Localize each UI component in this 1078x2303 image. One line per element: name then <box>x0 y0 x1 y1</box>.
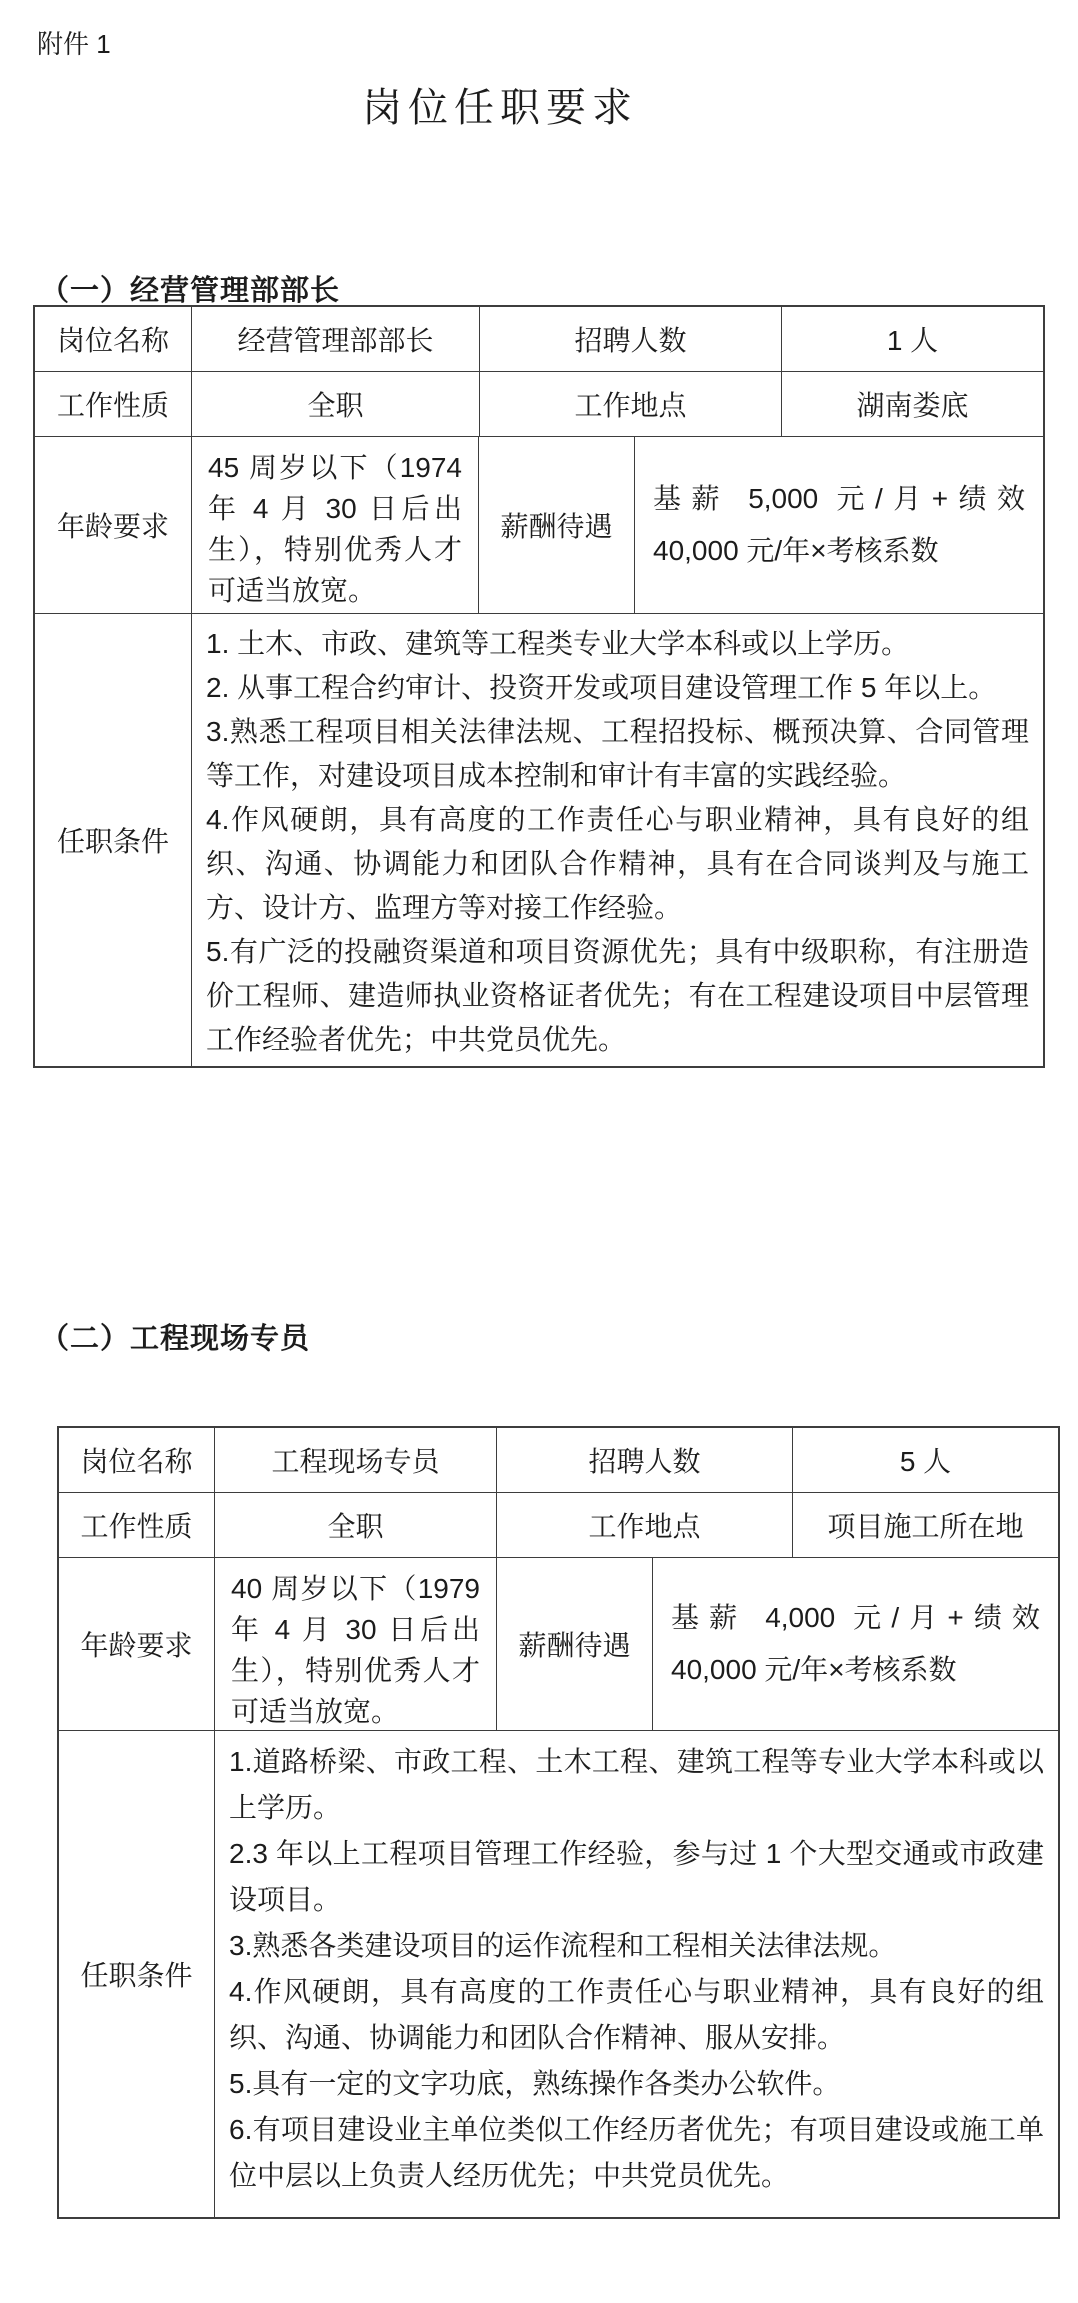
salary-line-1: 基薪 4,000 元/月+绩效 <box>671 1592 1040 1644</box>
condition-item: 3.熟悉工程项目相关法律法规、工程招投标、概预决算、合同管理等工作，对建设项目成… <box>206 710 1029 798</box>
condition-item: 2.3 年以上工程项目管理工作经验，参与过 1 个大型交通或市政建设项目。 <box>229 1831 1044 1923</box>
salary-line-1: 基薪 5,000 元/月+绩效 <box>653 473 1025 525</box>
conditions-label-cell: 任职条件 <box>35 614 192 1066</box>
conditions-label-cell: 任职条件 <box>59 1731 215 2217</box>
worktype-label-cell: 工作性质 <box>35 372 192 436</box>
salary-line-2: 40,000 元/年×考核系数 <box>653 525 1025 577</box>
condition-item: 1. 土木、市政、建筑等工程类专业大学本科或以上学历。 <box>206 622 1029 666</box>
table-row: 年龄要求 40 周岁以下（1979 年 4 月 30 日后出生），特别优秀人才可… <box>59 1558 1058 1731</box>
salary-value-cell: 基薪 5,000 元/月+绩效 40,000 元/年×考核系数 <box>635 437 1043 613</box>
salary-line-2: 40,000 元/年×考核系数 <box>671 1644 1040 1696</box>
table-position-2: 岗位名称 工程现场专员 招聘人数 5 人 工作性质 全职 工作地点 项目施工所在… <box>57 1426 1060 2219</box>
condition-item: 4.作风硬朗，具有高度的工作责任心与职业精神，具有良好的组织、沟通、协调能力和团… <box>206 798 1029 930</box>
condition-item: 5.具有一定的文字功底，熟练操作各类办公软件。 <box>229 2061 1044 2107</box>
condition-item: 6.有项目建设业主单位类似工作经历者优先；有项目建设或施工单位中层以上负责人经历… <box>229 2107 1044 2199</box>
position-name-label-cell: 岗位名称 <box>35 307 192 371</box>
table-row: 岗位名称 经营管理部部长 招聘人数 1 人 <box>35 307 1043 372</box>
table-row: 任职条件 1. 土木、市政、建筑等工程类专业大学本科或以上学历。 2. 从事工程… <box>35 614 1043 1066</box>
headcount-value-cell: 5 人 <box>793 1428 1058 1492</box>
table-row: 任职条件 1.道路桥梁、市政工程、土木工程、建筑工程等专业大学本科或以上学历。 … <box>59 1731 1058 2217</box>
condition-item: 4.作风硬朗，具有高度的工作责任心与职业精神，具有良好的组织、沟通、协调能力和团… <box>229 1969 1044 2061</box>
position-name-label-cell: 岗位名称 <box>59 1428 215 1492</box>
section-1-heading: （一）经营管理部部长 <box>40 268 340 309</box>
worktype-value-cell: 全职 <box>192 372 480 436</box>
condition-item: 5.有广泛的投融资渠道和项目资源优先；具有中级职称，有注册造价工程师、建造师执业… <box>206 930 1029 1062</box>
table-position-1: 岗位名称 经营管理部部长 招聘人数 1 人 工作性质 全职 工作地点 湖南娄底 … <box>33 305 1045 1068</box>
condition-item: 1.道路桥梁、市政工程、土木工程、建筑工程等专业大学本科或以上学历。 <box>229 1739 1044 1831</box>
section-2-heading: （二）工程现场专员 <box>40 1316 310 1357</box>
location-label-cell: 工作地点 <box>480 372 782 436</box>
position-name-value-cell: 工程现场专员 <box>215 1428 497 1492</box>
age-value-cell: 45 周岁以下（1974 年 4 月 30 日后出生），特别优秀人才可适当放宽。 <box>192 437 479 613</box>
position-name-value-cell: 经营管理部部长 <box>192 307 480 371</box>
salary-label-cell: 薪酬待遇 <box>479 437 635 613</box>
conditions-value-cell: 1. 土木、市政、建筑等工程类专业大学本科或以上学历。 2. 从事工程合约审计、… <box>192 614 1043 1066</box>
table-row: 工作性质 全职 工作地点 项目施工所在地 <box>59 1493 1058 1558</box>
salary-value-cell: 基薪 4,000 元/月+绩效 40,000 元/年×考核系数 <box>653 1558 1058 1730</box>
worktype-label-cell: 工作性质 <box>59 1493 215 1557</box>
condition-item: 2. 从事工程合约审计、投资开发或项目建设管理工作 5 年以上。 <box>206 666 1029 710</box>
age-value-cell: 40 周岁以下（1979 年 4 月 30 日后出生），特别优秀人才可适当放宽。 <box>215 1558 497 1730</box>
headcount-label-cell: 招聘人数 <box>497 1428 793 1492</box>
condition-item: 3.熟悉各类建设项目的运作流程和工程相关法律法规。 <box>229 1923 1044 1969</box>
age-label-cell: 年龄要求 <box>59 1558 215 1730</box>
attachment-label: 附件 1 <box>37 24 111 61</box>
conditions-value-cell: 1.道路桥梁、市政工程、土木工程、建筑工程等专业大学本科或以上学历。 2.3 年… <box>215 1731 1058 2217</box>
table-row: 年龄要求 45 周岁以下（1974 年 4 月 30 日后出生），特别优秀人才可… <box>35 437 1043 614</box>
page-title: 岗位任职要求 <box>0 76 1000 133</box>
table-row: 工作性质 全职 工作地点 湖南娄底 <box>35 372 1043 437</box>
table-row: 岗位名称 工程现场专员 招聘人数 5 人 <box>59 1428 1058 1493</box>
salary-label-cell: 薪酬待遇 <box>497 1558 653 1730</box>
location-value-cell: 项目施工所在地 <box>793 1493 1058 1557</box>
location-label-cell: 工作地点 <box>497 1493 793 1557</box>
worktype-value-cell: 全职 <box>215 1493 497 1557</box>
age-label-cell: 年龄要求 <box>35 437 192 613</box>
location-value-cell: 湖南娄底 <box>782 372 1043 436</box>
headcount-label-cell: 招聘人数 <box>480 307 782 371</box>
headcount-value-cell: 1 人 <box>782 307 1043 371</box>
